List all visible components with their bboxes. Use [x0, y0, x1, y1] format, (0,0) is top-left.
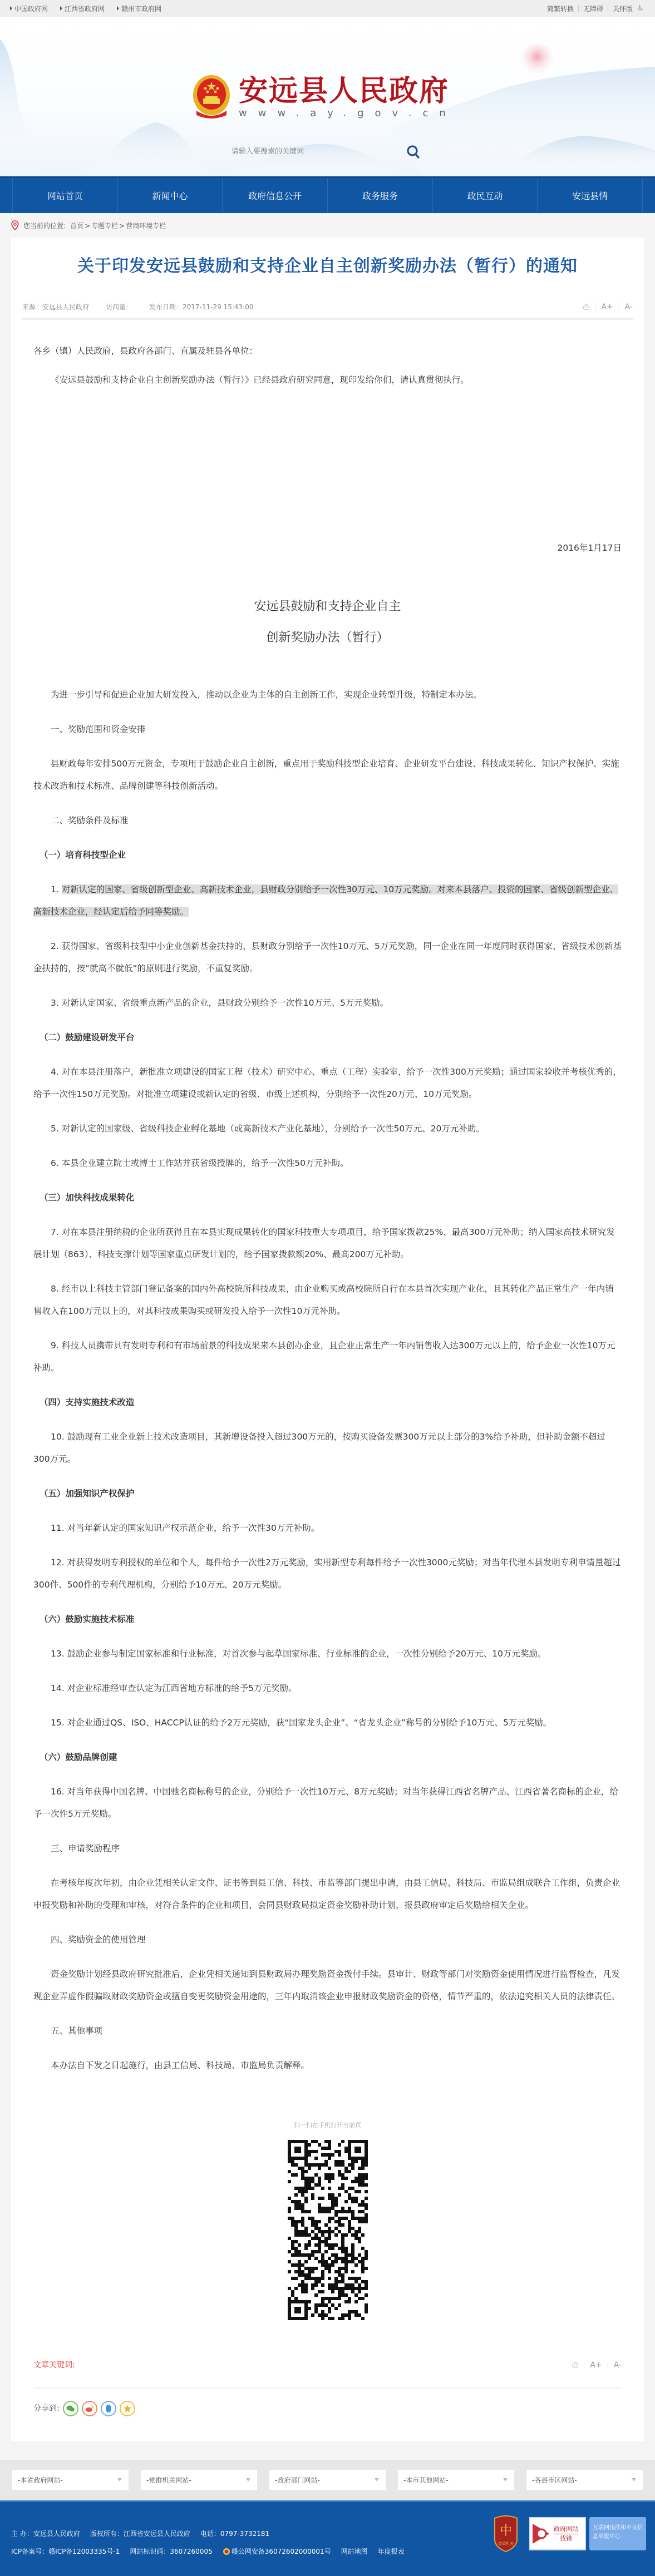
print-icon[interactable]: ⎙ [572, 2354, 578, 2376]
select-party-sites[interactable]: -党群机关网站- [141, 2470, 257, 2490]
body-paragraph: 15. 对企业通过QS、ISO、HACCP认证的给予2万元奖励，获“国家龙头企业… [33, 1712, 622, 1734]
body-paragraph: 13. 鼓励企业参与制定国家标准和行业标准，对首次参与起草国家标准、行业标准的企… [33, 1643, 622, 1665]
body-paragraph: 本办法自下发之日起施行，由县工信局、科技局、市监局负责解释。 [33, 2054, 622, 2076]
footer-icp[interactable]: ICP备案号：赣ICP备12003335号-1 [11, 2543, 120, 2560]
select-value: -党群机关网站- [146, 2475, 191, 2485]
divider [584, 2361, 584, 2369]
section-subheading: （五）加强知识产权保护 [33, 1482, 622, 1505]
divider [595, 303, 595, 311]
body-paragraph: 7. 对在本县注册纳税的企业所获得且在本县实现成果转化的国家科技重大专项项目，给… [33, 1221, 622, 1265]
body-paragraph: 14. 对企业标准经审查认定为江西省地方标准的给予5万元奖励。 [33, 1677, 622, 1699]
wheelchair-icon[interactable]: ♿ [637, 4, 645, 13]
section-subheading: （四）支持实施技术改造 [33, 1391, 622, 1413]
body-paragraph: 10. 鼓励现有工业企业新上技术改造项目，其新增设备投入超过300万元的，按购买… [33, 1426, 622, 1470]
share-wechat-icon[interactable] [63, 2401, 78, 2416]
body-paragraph: 8. 经市以上科技主管部门登记备案的国内外高校院所科技成果，由企业购买或高校院所… [33, 1278, 622, 1322]
caret-right-icon [60, 6, 62, 11]
breadcrumb-business-env[interactable]: 营商环境专栏 [126, 222, 166, 230]
link-ganzhou-gov[interactable]: 赣州市政府网 [117, 4, 161, 13]
keywords-row: 文章关键词: ⎙ A+ A- [33, 2354, 622, 2389]
select-value: -政府部门网站- [275, 2475, 320, 2485]
qr-code-image [288, 2140, 368, 2320]
chevron-down-icon [375, 2478, 379, 2481]
search-bar [223, 140, 434, 162]
select-dept-sites[interactable]: -政府部门网站- [269, 2470, 386, 2490]
qr-label: 扫一扫在手机打开当前页 [33, 2114, 622, 2137]
location-pin-icon [11, 220, 19, 230]
body-paragraph: 三、申请奖励程序 [33, 1837, 622, 1860]
footer-host: 主 办：安远县人民政府 [11, 2525, 80, 2543]
print-icon[interactable]: ⎙ [583, 303, 589, 312]
share-bar: 分享到: [33, 2389, 622, 2430]
site-footer: 主 办：安远县人民政府 版权所有：江西省安远县人民政府 电话：0797-3732… [0, 2500, 655, 2576]
party-government-badge-icon[interactable]: 中 党政机关 [493, 2515, 519, 2553]
body-paragraph: 一、奖励范围和资金安排 [33, 718, 622, 740]
salutation: 各乡（镇）人民政府，县政府各部门、直属及驻县各单位： [33, 340, 622, 362]
caret-right-icon [10, 6, 12, 11]
section-subheading: （一）培育科技型企业 [33, 844, 622, 866]
svg-text:中: 中 [500, 2524, 512, 2538]
selected-text: 对新认定的国家、省级创新型企业、高新技术企业，县财政分别给予一次性30万元、10… [33, 884, 618, 917]
select-value: -各县市区网站- [532, 2475, 577, 2485]
police-badge-icon [223, 2548, 230, 2555]
link-jiangxi-gov[interactable]: 江西省政府网 [60, 4, 105, 13]
chevron-down-icon [246, 2478, 250, 2481]
breadcrumb: 您当前的位置: 首页>专题专栏>营商环境专栏 [0, 213, 655, 238]
nav-item-gov-services[interactable]: 政务服务 [327, 178, 432, 213]
breadcrumb-separator: > [119, 222, 125, 230]
body-paragraph: 11. 对当年新认定的国家知识产权示范企业，给予一次性30万元补助。 [33, 1517, 622, 1539]
link-label: 江西省政府网 [65, 4, 105, 13]
notice-text: 《安远县鼓励和支持企业自主创新奖励办法（暂行）》已经县政府研究同意，现印发给你们… [33, 369, 622, 391]
select-value: -本省政府网站- [18, 2475, 63, 2485]
body-paragraph: 5. 对新认定的国家级、省级科技企业孵化基地（或高新技术产业化基地），分别给予一… [33, 1118, 622, 1140]
link-china-gov[interactable]: 中国政府网 [10, 4, 48, 13]
simplified-traditional-toggle[interactable]: 简繁转换 [547, 4, 574, 13]
body-paragraph: 在考核年度次年初，由企业凭相关认定文件、证书等到县工信、科技、市监等部门提出申请… [33, 1872, 622, 1916]
body-paragraph: 五、其他事项 [33, 2020, 622, 2042]
sign-date: 2016年1月17日 [33, 537, 622, 559]
share-weibo-icon[interactable] [82, 2401, 97, 2416]
footer-badges: 中 党政机关 政府网站 找错 互联网违法和不良信息举报中心 [493, 2515, 646, 2553]
section-subheading: （六）鼓励实施技术标准 [33, 1608, 622, 1630]
font-increase-button[interactable]: A+ [601, 303, 613, 312]
external-links: 中国政府网 江西省政府网 赣州市政府网 [10, 4, 161, 13]
article-meta: 来源：安远县人民政府 访问量： 发布日期：2017-11-29 15:43:00… [22, 302, 633, 320]
care-mode-link[interactable]: 关怀版 [613, 4, 633, 13]
article-date: 发布日期：2017-11-29 15:43:00 [149, 302, 253, 312]
select-value: -本市其他网站- [403, 2475, 449, 2485]
svg-text:党政机关: 党政机关 [498, 2541, 514, 2546]
body-paragraph: 16. 对当年获得中国名牌、中国驰名商标称号的企业，分别给予一次性10万元、8万… [33, 1781, 622, 1825]
divider [608, 5, 608, 12]
font-decrease-button[interactable]: A- [614, 2354, 622, 2376]
article-card: 关于印发安远县鼓励和支持企业自主创新奖励办法（暂行）的通知 来源：安远县人民政府… [11, 238, 644, 2441]
footer-annual-report-link[interactable]: 年度报表 [378, 2543, 405, 2560]
section-subheading: （二）鼓励建设研发平台 [33, 1026, 622, 1049]
footer-sitemap-link[interactable]: 网站地图 [341, 2543, 368, 2560]
section-subheading: （六）鼓励品牌创建 [33, 1746, 622, 1768]
body-paragraph: 四、奖励资金的使用管理 [33, 1929, 622, 1951]
section-subheading: （三）加快科技成果转化 [33, 1186, 622, 1209]
body-paragraph: 12. 对获得发明专利授权的单位和个人，每件给予一次性2万元奖励，实用新型专利每… [33, 1551, 622, 1596]
breadcrumb-label: 您当前的位置: [23, 221, 66, 230]
footer-police-record[interactable]: 赣公网安备36072602000001号 [223, 2543, 331, 2560]
police-record-text: 赣公网安备36072602000001号 [232, 2543, 331, 2560]
divider [608, 2361, 608, 2369]
share-qq-icon[interactable] [101, 2401, 116, 2416]
body-paragraph: 2. 获得国家、省级科技型中小企业创新基金扶持的，县财政分别给予一次性10万元、… [33, 935, 622, 980]
body-paragraph: 资金奖励计划经县政府研究批准后，企业凭相关通知到县财政局办理奖励资金拨付手续。县… [33, 1963, 622, 2008]
chevron-down-icon [117, 2478, 122, 2481]
body-paragraph: 二、奖励条件及标准 [33, 809, 622, 832]
body-paragraph: 4. 对在本县注册落户，新批准立项建设的国家工程（技术）研究中心、重点（工程）实… [33, 1061, 622, 1105]
breadcrumb-home[interactable]: 首页 [70, 222, 83, 230]
link-label: 中国政府网 [14, 4, 48, 13]
nav-item-county-info[interactable]: 安远县情 [537, 178, 643, 213]
chevron-down-icon [632, 2478, 636, 2481]
accessibility-tools: 简繁转换 无障碍 关怀版 ♿ [547, 4, 645, 13]
illegal-info-report-badge[interactable]: 互联网违法和不良信息举报中心 [589, 2517, 646, 2550]
select-city-sites[interactable]: -本市其他网站- [398, 2470, 514, 2490]
site-url: www.ay.gov.cn [239, 107, 457, 119]
article-content: 各乡（镇）人民政府，县政府各部门、直属及驻县各单位： 《安远县鼓励和支持企业自主… [22, 340, 633, 2430]
font-decrease-button[interactable]: A- [625, 303, 633, 312]
footer-copyright: 版权所有：江西省安远县人民政府 [90, 2525, 190, 2543]
badge-gov-top: 政府网站 [554, 2525, 578, 2534]
footer-site-code: 网站标识码：3607260005 [130, 2543, 212, 2560]
gov-site-error-report-badge[interactable]: 政府网站 找错 [529, 2517, 586, 2550]
related-sites-bar: -本省政府网站- -党群机关网站- -政府部门网站- -本市其他网站- -各县市… [0, 2460, 655, 2500]
body-paragraph: 县财政每年安排500万元资金，专项用于鼓励企业自主创新，重点用于奖励科技型企业培… [33, 753, 622, 797]
main-nav: 网站首页 新闻中心 政府信息公开 政务服务 政民互动 安远县情 [0, 176, 655, 213]
highlighted-paragraph: 1. 对新认定的国家、省级创新型企业、高新技术企业，县财政分别给予一次性30万元… [33, 878, 622, 923]
body-paragraph: 3. 对新认定国家、省级重点新产品的企业，县财政分别给予一次性10万元、5万元奖… [33, 992, 622, 1014]
qr-code-block: 扫一扫在手机打开当前页 [33, 2114, 622, 2328]
breadcrumb-topics[interactable]: 专题专栏 [91, 222, 118, 230]
magnifier-flag-icon [533, 2521, 551, 2546]
select-county-sites[interactable]: -各县市区网站- [526, 2470, 643, 2490]
badge-gov-bottom: 找错 [554, 2534, 578, 2543]
search-icon[interactable] [406, 145, 421, 159]
breadcrumb-separator: > [85, 222, 90, 230]
site-name: 安远县人民政府 [239, 74, 457, 108]
article-body: 为进一步引导和促进企业加大研发投入，推动以企业为主体的自主创新工作，实现企业转型… [33, 684, 622, 2076]
accessibility-link[interactable]: 无障碍 [583, 4, 603, 13]
body-paragraph: 6. 本县企业建立院士或博士工作站并获省级授牌的，给予一次性50万元补助。 [33, 1152, 622, 1174]
article-views: 访问量： [106, 302, 132, 312]
footer-info: 主 办：安远县人民政府 版权所有：江西省安远县人民政府 电话：0797-3732… [11, 2525, 405, 2560]
article-source: 来源：安远县人民政府 [22, 302, 89, 312]
font-increase-button[interactable]: A+ [590, 2354, 602, 2376]
divider [578, 5, 579, 12]
divider [619, 303, 619, 311]
article-title: 关于印发安远县鼓励和支持企业自主创新奖励办法（暂行）的通知 [22, 238, 633, 279]
nav-item-news[interactable]: 新闻中心 [117, 178, 223, 213]
share-label: 分享到: [33, 2397, 60, 2420]
top-bar: 中国政府网 江西省政府网 赣州市政府网 简繁转换 无障碍 关怀版 ♿ [0, 0, 655, 17]
keywords-label: 文章关键词: [33, 2354, 75, 2376]
document-subtitle-line1: 安远县鼓励和支持企业自主 [33, 591, 622, 622]
share-qzone-icon[interactable] [120, 2401, 135, 2416]
nav-item-interaction[interactable]: 政民互动 [432, 178, 538, 213]
document-subtitle-line2: 创新奖励办法（暂行） [33, 622, 622, 654]
header-banner: 安远县人民政府 www.ay.gov.cn [0, 17, 655, 176]
body-paragraph: 为进一步引导和促进企业加大研发投入，推动以企业为主体的自主创新工作，实现企业转型… [33, 684, 622, 706]
footer-phone: 电话：0797-3732181 [200, 2525, 269, 2543]
body-paragraph: 9. 科技人员携带具有发明专利和有市场前景的科技成果来本县创办企业，且企业正常生… [33, 1334, 622, 1379]
nav-item-gov-info[interactable]: 政府信息公开 [222, 178, 327, 213]
caret-right-icon [117, 6, 119, 11]
nav-item-home[interactable]: 网站首页 [12, 178, 117, 213]
link-label: 赣州市政府网 [121, 4, 161, 13]
national-emblem-icon [192, 74, 231, 121]
select-province-sites[interactable]: -本省政府网站- [12, 2470, 129, 2490]
site-logo[interactable]: 安远县人民政府 www.ay.gov.cn [192, 74, 457, 121]
search-input[interactable] [223, 147, 390, 156]
chevron-down-icon [503, 2478, 508, 2481]
item-number: 1. [51, 884, 62, 894]
